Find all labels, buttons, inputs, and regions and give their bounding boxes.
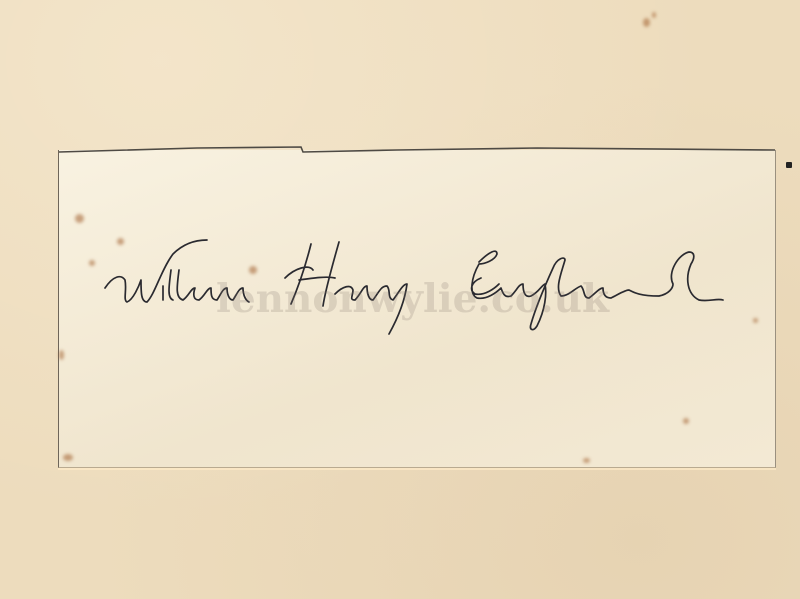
card-top-edge bbox=[57, 144, 777, 156]
watermark: lennonwylie.co.uk bbox=[216, 276, 596, 322]
foxing-spot bbox=[583, 458, 590, 463]
foxing-spot bbox=[63, 454, 73, 461]
debris-speck bbox=[786, 162, 792, 168]
foxing-spot bbox=[75, 214, 84, 223]
foxing-spot bbox=[753, 318, 758, 323]
foxing-spot bbox=[89, 260, 95, 266]
foxing-spot bbox=[683, 418, 689, 424]
foxing-spot bbox=[59, 350, 64, 360]
foxing-spot bbox=[643, 18, 650, 27]
foxing-spot bbox=[652, 12, 656, 18]
